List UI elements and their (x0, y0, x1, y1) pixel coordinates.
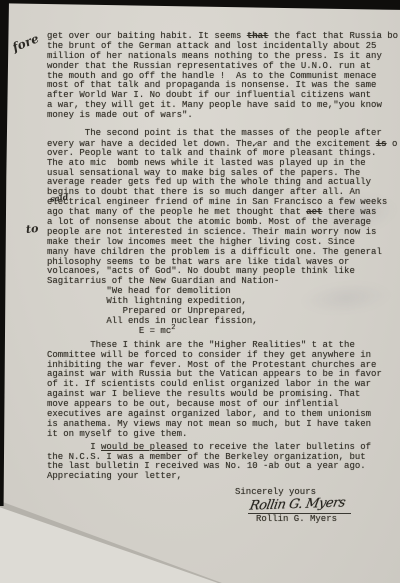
text-segment: I (47, 442, 101, 452)
closing-block: Sincerely yoursRollin G. MyersRollin G. … (235, 488, 400, 525)
text-segment: the brunt of the German attack and lost … (47, 41, 376, 51)
text-segment: "We head for demolition (47, 286, 231, 296)
text-segment-strike: that (247, 31, 269, 41)
letter-body: get over our baiting habit. It seems tha… (47, 32, 400, 525)
signature-script: Rollin G. Myers (249, 498, 346, 511)
text-segment: All ends in nuclear fission, (47, 316, 258, 326)
text-segment: most of that talk and propaganda is nons… (47, 80, 376, 90)
text-segment: inhibiting the war fever. Most of the Pr… (47, 360, 376, 370)
text-segment: wonder that the Russian representatives … (47, 61, 371, 71)
text-segment: volcanoes, "acts of God". No doubt many … (47, 266, 355, 276)
text-segment: make their low incomes meet the higher l… (47, 237, 355, 247)
text-segment-underline: would be pleased (101, 442, 187, 452)
text-segment: o (387, 139, 398, 149)
paragraph-2: The second point is that the masses of t… (47, 129, 400, 287)
text-segment-sup: 2 (171, 324, 175, 332)
handwritten-note: fore (10, 31, 40, 54)
text-segment: electrical engineer friend of mine in Sa… (47, 197, 387, 207)
paragraph-3: These I think are the "Higher Realities"… (47, 341, 400, 440)
text-segment: to receive the later bulletins of (187, 442, 371, 452)
text-segment: Committee will be forced to consider if … (47, 350, 371, 360)
scanned-letter-page: get over our baiting habit. It seems tha… (0, 0, 400, 583)
typewritten-line: it on myself to give them. (47, 430, 400, 440)
signature: Rollin G. Myers (248, 500, 351, 514)
typewritten-line: The second point is that the masses of t… (47, 129, 400, 139)
text-segment: E = mc (47, 326, 171, 336)
text-segment: The ato mic bomb news while it lasted wa… (47, 158, 366, 168)
text-segment: the fact that Russia bo (268, 31, 398, 41)
text-segment: executives are against organized labor, … (47, 409, 371, 419)
text-segment: of it. If scientists could enlist organi… (47, 379, 371, 389)
typewritten-line: money is made out of wars". (47, 111, 400, 121)
paragraph-4: I would be pleased to receive the later … (47, 443, 400, 483)
text-segment: is anathema. My views may not mean so mu… (47, 419, 371, 429)
text-segment: there was (322, 207, 376, 217)
text-segment: move appears to be out, because most of … (47, 399, 339, 409)
text-segment: average reader gets fed up with the whol… (47, 177, 371, 187)
signature-typed-name: Rollin G. Myers (256, 515, 400, 525)
paper: get over our baiting habit. It seems tha… (0, 0, 400, 583)
text-segment-hand: ✓ (251, 140, 258, 149)
text-segment: million of her nationals means nothing t… (47, 51, 382, 61)
text-segment-strike: aet (306, 207, 322, 217)
text-segment: Prepared or Unprepared, (47, 306, 247, 316)
text-segment: Appreciating your letter, (47, 471, 182, 481)
text-segment: The second point is that the masses of t… (47, 128, 382, 138)
text-segment: against war with Russia but the Vatican … (47, 369, 382, 379)
text-segment: These I think are the "Higher Realities"… (47, 340, 355, 350)
text-segment: get over our baiting habit. It seems (47, 31, 247, 41)
text-segment: a lot of nonsense about the atomic bomb.… (47, 217, 371, 227)
text-segment: it on myself to give them. (47, 429, 187, 439)
text-segment: With lightning expedition, (47, 296, 247, 306)
text-segment: begins to doubt that there is so much da… (47, 187, 360, 197)
text-segment: a war, they will get it. Many people hav… (47, 100, 382, 110)
text-segment: over. People want to talk and thaink of … (47, 148, 376, 158)
text-segment-strike: is (376, 139, 387, 149)
text-segment: the last bulletin I received was No. 10 … (47, 461, 366, 471)
text-segment: ago that many of the people he met thoug… (47, 207, 306, 217)
typewritten-line: Appreciating your letter, (47, 472, 400, 482)
paragraph-1: get over our baiting habit. It seems tha… (47, 32, 400, 121)
handwritten-note: to (25, 222, 39, 236)
text-segment: many have children the problem is a diff… (47, 247, 382, 257)
text-segment: money is made out of wars". (47, 110, 193, 120)
text-segment: after World War I. No doubt if our influ… (47, 90, 371, 100)
text-segment: Sagitarrius of the New Guardian and Nati… (47, 276, 279, 286)
text-segment: people are not interested in science. Th… (47, 227, 376, 237)
text-segment: against war I believe the results would … (47, 389, 360, 399)
typewritten-line: E = mc2 (47, 327, 400, 337)
verse: "We head for demolition With lightning e… (47, 287, 400, 336)
